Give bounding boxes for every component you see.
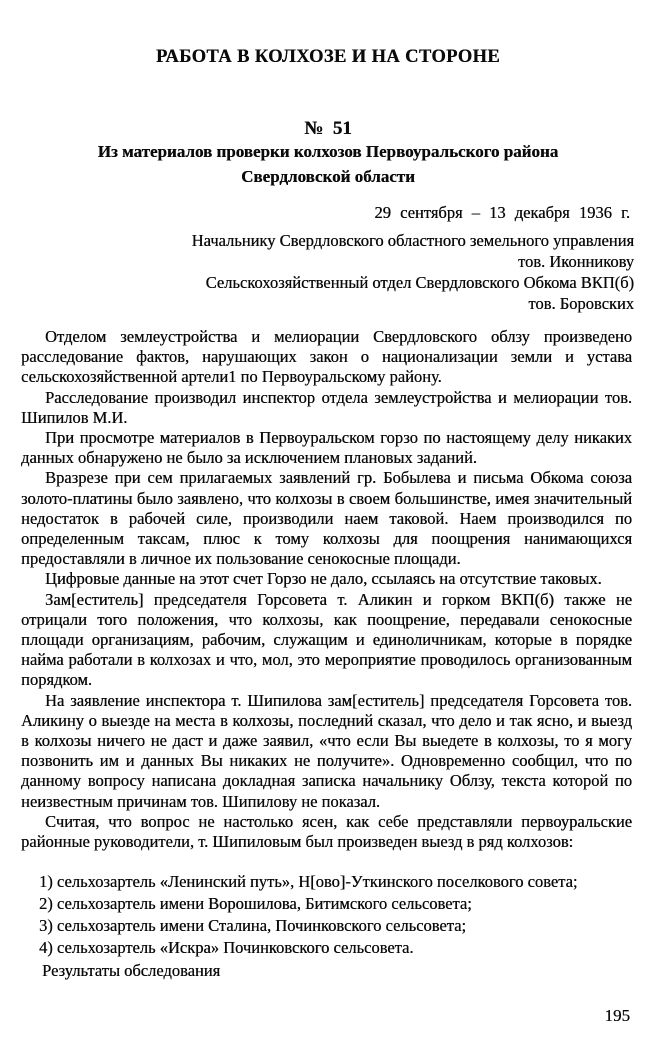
section-title: РАБОТА В КОЛХОЗЕ И НА СТОРОНЕ: [0, 0, 656, 68]
document-page: РАБОТА В КОЛХОЗЕ И НА СТОРОНЕ № 51 Из ма…: [0, 0, 656, 1052]
document-title-line-1: Из материалов проверки колхозов Первоура…: [0, 140, 656, 165]
paragraph: Расследование производил инспектор отдел…: [21, 388, 632, 428]
addressee-line: тов. Боровских: [0, 293, 634, 314]
paragraph: Отделом землеустройства и мелиорации Све…: [21, 327, 632, 388]
paragraph: Цифровые данные на этот счет Горзо не да…: [21, 569, 632, 589]
paragraph: На заявление инспектора т. Шипилова зам[…: [21, 691, 632, 812]
paragraph: Вразрезе при сем прилагаемых заявлений г…: [21, 468, 632, 569]
document-date: 29 сентября – 13 декабря 1936 г.: [0, 203, 656, 223]
list-item: 4) сельхозартель «Искра» Починковского с…: [39, 937, 632, 959]
document-number: № 51: [0, 118, 656, 140]
document-body: Отделом землеустройства и мелиорации Све…: [21, 327, 632, 852]
addressee-block: Начальнику Свердловского областного земе…: [0, 230, 656, 314]
list-item: 1) сельхозартель «Ленинский путь», Н[ово…: [39, 871, 632, 893]
document-title: Из материалов проверки колхозов Первоура…: [0, 140, 656, 189]
page-number: 195: [605, 1006, 631, 1026]
paragraph: При просмотре материалов в Первоуральско…: [21, 428, 632, 468]
list-item: 2) сельхозартель имени Ворошилова, Битим…: [39, 893, 632, 915]
document-title-line-2: Свердловской области: [0, 165, 656, 190]
addressee-line: тов. Иконникову: [0, 251, 634, 272]
results-heading: Результаты обследования: [42, 960, 632, 982]
paragraph: Считая, что вопрос не настолько ясен, ка…: [21, 812, 632, 852]
addressee-line: Сельскохозяйственный отдел Свердловского…: [0, 272, 634, 293]
paragraph: Зам[еститель] председателя Горсовета т. …: [21, 590, 632, 691]
addressee-line: Начальнику Свердловского областного земе…: [0, 230, 634, 251]
list-item: 3) сельхозартель имени Сталина, Починков…: [39, 915, 632, 937]
kolhoz-list: 1) сельхозартель «Ленинский путь», Н[ово…: [39, 871, 632, 959]
